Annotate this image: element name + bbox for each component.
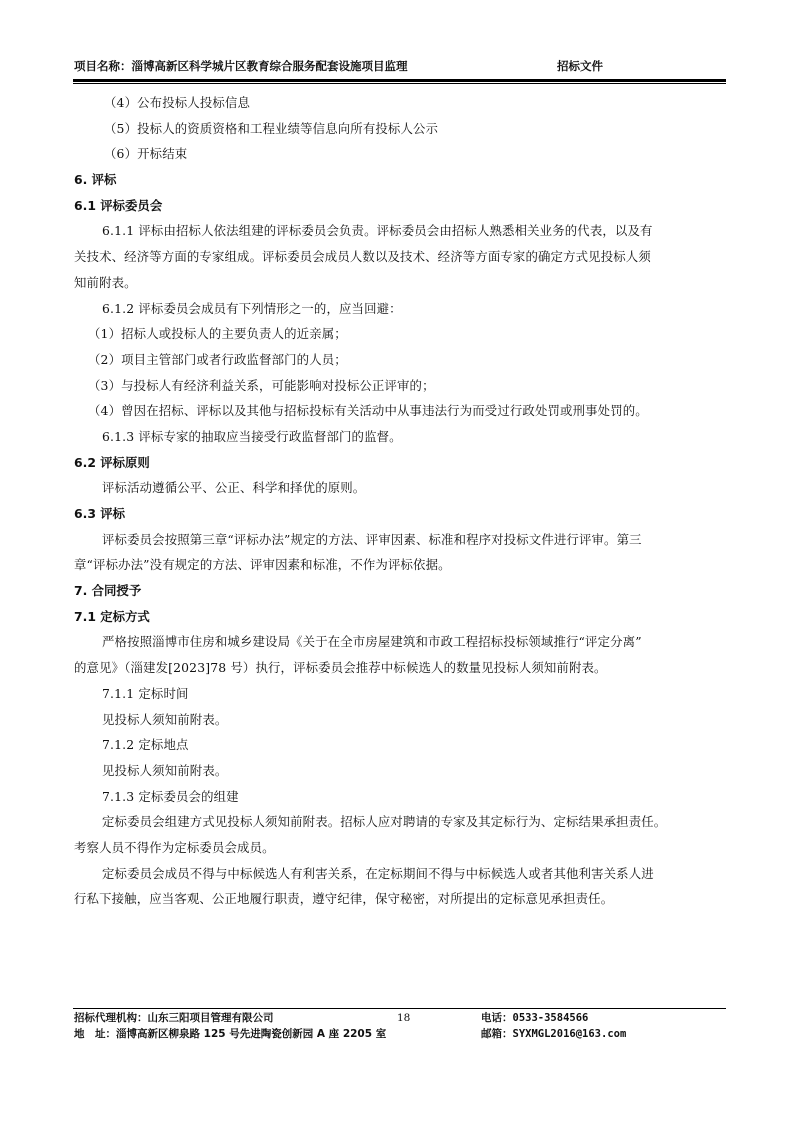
page-header: 项目名称：淄博高新区科学城片区教育综合服务配套设施项目监理 招标文件 [74, 56, 726, 76]
paragraph-6-1-1-line: 关技术、经济等方面的专家组成。评标委员会成员人数以及技术、经济等方面专家的确定方… [74, 244, 726, 270]
list-item: （4）曾因在招标、评标以及其他与招标投标有关活动中从事违法行为而受过行政处罚或刑… [74, 398, 726, 424]
paragraph-6-3-line: 章“评标办法”没有规定的方法、评审因素和标准，不作为评标依据。 [74, 552, 726, 578]
paragraph-6-1-1-line: 知前附表。 [74, 270, 726, 296]
list-item: （3）与投标人有经济利益关系，可能影响对投标公正评审的； [74, 373, 726, 399]
paragraph-7-1-line: 严格按照淄博市住房和城乡建设局《关于在全市房屋建筑和市政工程招标投标领域推行“评… [74, 629, 726, 655]
document-type: 招标文件 [557, 56, 603, 76]
subheading-7-1-2: 7.1.2 定标地点 [74, 732, 726, 758]
paragraph-7-1-3a-line: 考察人员不得作为定标委员会成员。 [74, 835, 726, 861]
paragraph-7-1-3b-line: 行私下接触，应当客观、公正地履行职责，遵守纪律，保守秘密，对所提出的定标意见承担… [74, 886, 726, 912]
page-footer: 招标代理机构：山东三阳项目管理有限公司 18 电话：0533-3584566 地… [74, 1010, 726, 1042]
email-address: 邮箱：SYXMGL2016@163.com [481, 1026, 626, 1042]
paragraph-7-1-1: 见投标人须知前附表。 [74, 707, 726, 733]
paragraph-6-2: 评标活动遵循公平、公正、科学和择优的原则。 [74, 475, 726, 501]
section-heading-6: 6. 评标 [74, 167, 726, 193]
header-rule-thick [73, 79, 726, 82]
paragraph-7-1-line: 的意见》（淄建发[2023]78 号）执行，评标委员会推荐中标候选人的数量见投标… [74, 655, 726, 681]
address: 地 址：淄博高新区柳泉路 125 号先进陶瓷创新园 A 座 2205 室 [74, 1026, 386, 1042]
paragraph-7-1-3a-line: 定标委员会组建方式见投标人须知前附表。招标人应对聘请的专家及其定标行为、定标结果… [74, 809, 726, 835]
paragraph-6-1-2: 6.1.2 评标委员会成员有下列情形之一的，应当回避： [74, 296, 726, 322]
project-title: 项目名称：淄博高新区科学城片区教育综合服务配套设施项目监理 [74, 56, 408, 76]
section-heading-7-1: 7.1 定标方式 [74, 604, 726, 630]
agency-name: 招标代理机构：山东三阳项目管理有限公司 [74, 1010, 274, 1026]
section-heading-7: 7. 合同授予 [74, 578, 726, 604]
list-item: （2）项目主管部门或者行政监督部门的人员； [74, 347, 726, 373]
paragraph-7-1-3b-line: 定标委员会成员不得与中标候选人有利害关系，在定标期间不得与中标候选人或者其他利害… [74, 861, 726, 887]
footer-rule [73, 1008, 726, 1009]
list-item: （4）公布投标人投标信息 [74, 90, 726, 116]
section-heading-6-3: 6.3 评标 [74, 501, 726, 527]
paragraph-7-1-2: 见投标人须知前附表。 [74, 758, 726, 784]
paragraph-6-1-3: 6.1.3 评标专家的抽取应当接受行政监督部门的监督。 [74, 424, 726, 450]
page-number: 18 [397, 1010, 410, 1026]
phone-number: 电话：0533-3584566 [481, 1010, 588, 1026]
list-item: （6）开标结束 [74, 141, 726, 167]
list-item: （5）投标人的资质资格和工程业绩等信息向所有投标人公示 [74, 116, 726, 142]
paragraph-6-1-1-line: 6.1.1 评标由招标人依法组建的评标委员会负责。评标委员会由招标人熟悉相关业务… [74, 218, 726, 244]
page-content: （4）公布投标人投标信息 （5）投标人的资质资格和工程业绩等信息向所有投标人公示… [74, 90, 726, 912]
subheading-7-1-3: 7.1.3 定标委员会的组建 [74, 784, 726, 810]
header-rule-thin [73, 83, 726, 84]
list-item: （1）招标人或投标人的主要负责人的近亲属； [74, 321, 726, 347]
subheading-7-1-1: 7.1.1 定标时间 [74, 681, 726, 707]
paragraph-6-3-line: 评标委员会按照第三章“评标办法”规定的方法、评审因素、标准和程序对投标文件进行评… [74, 527, 726, 553]
section-heading-6-2: 6.2 评标原则 [74, 450, 726, 476]
section-heading-6-1: 6.1 评标委员会 [74, 193, 726, 219]
